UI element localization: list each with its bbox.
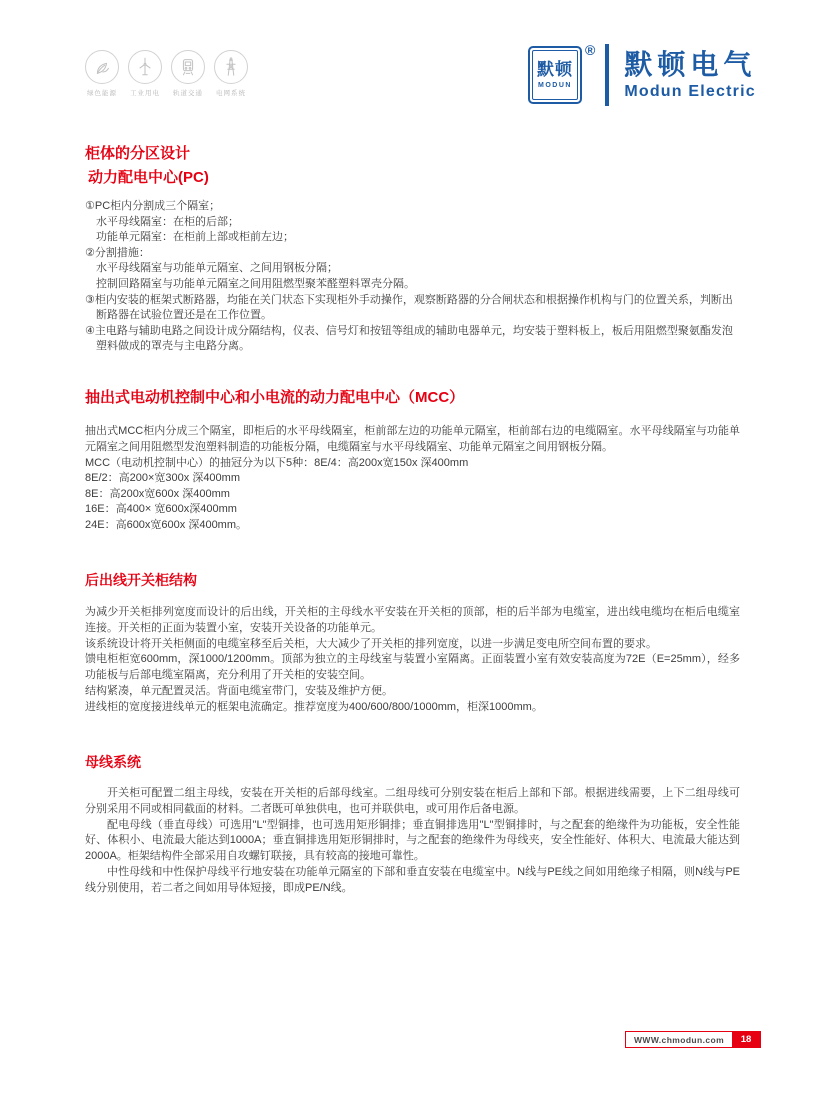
- category-rail-transit: 轨道交通: [170, 50, 206, 97]
- brand-name-cn: 默顿电气: [624, 49, 756, 81]
- section-mcc: 抽出式电动机控制中心和小电流的动力配电中心（MCC） 抽出式MCC柜内分成三个隔…: [85, 386, 740, 534]
- catalog-page: 绿色能源 工业用电 轨道交通 电网系统 默顿 MODUN: [0, 0, 818, 1101]
- body-paragraph: 为减少开关柜排列宽度而设计的后出线，开关柜的主母线水平安装在开关柜的顶部，柜的后…: [85, 605, 740, 637]
- body-line: 水平母线隔室：在柜的后部；: [85, 215, 740, 231]
- spec-line: 8E/2：高200×宽300x 深400mm: [85, 471, 740, 487]
- logo-divider: [605, 44, 609, 106]
- spec-line: MCC（电动机控制中心）的抽冠分为以下5种：8E/4：高200x宽150x 深4…: [85, 456, 740, 472]
- section-heading: 后出线开关柜结构: [85, 568, 740, 592]
- body-line: 塑料做成的罩壳与主电路分离。: [85, 339, 740, 355]
- footer-page-number: 18: [732, 1032, 760, 1047]
- section-rear-outlet: 后出线开关柜结构 为减少开关柜排列宽度而设计的后出线，开关柜的主母线水平安装在开…: [85, 568, 740, 716]
- seal-en-text: MODUN: [538, 82, 572, 89]
- body-line: 功能单元隔室：在柜前上部或柜前左边；: [85, 230, 740, 246]
- section-body: 开关柜可配置二组主母线，安装在开关柜的后部母线室。二组母线可分别安装在柜后上部和…: [85, 786, 740, 897]
- modun-seal-logo: 默顿 MODUN: [528, 46, 582, 104]
- section-body: 抽出式MCC柜内分成三个隔室，即柜后的水平母线隔室，柜前部左边的功能单元隔室，柜…: [85, 424, 740, 534]
- body-line: 水平母线隔室与功能单元隔室、之间用钢板分隔；: [85, 261, 740, 277]
- spec-line: 16E：高400× 宽600x深400mm: [85, 502, 740, 518]
- brand-name-en: Modun Electric: [624, 83, 756, 101]
- body-paragraph: 结构紧凑，单元配置灵活。背面电缆室带门，安装及维护方便。: [85, 684, 740, 700]
- leaf-icon: [85, 50, 119, 84]
- body-line: ③柜内安装的框架式断路器，均能在关门状态下实现柜外手动操作，观察断路器的分合闸状…: [85, 293, 740, 309]
- section-body: 为减少开关柜排列宽度而设计的后出线，开关柜的主母线水平安装在开关柜的顶部，柜的后…: [85, 605, 740, 716]
- body-paragraph: 中性母线和中性保护母线平行地安装在功能单元隔室的下部和垂直安装在电缆室中。N线与…: [85, 865, 740, 897]
- category-label: 轨道交通: [170, 88, 206, 97]
- seal-cn-text: 默顿: [537, 61, 573, 78]
- body-paragraph: 开关柜可配置二组主母线，安装在开关柜的后部母线室。二组母线可分别安装在柜后上部和…: [85, 786, 740, 818]
- body-paragraph: 进线柜的宽度接进线单元的框架电流确定。推荐宽度为400/600/800/1000…: [85, 700, 740, 716]
- category-green-energy: 绿色能源: [84, 50, 120, 97]
- wind-turbine-icon: [128, 50, 162, 84]
- category-label: 工业用电: [127, 88, 163, 97]
- body-line: 断路器在试验位置还是在工作位置。: [85, 308, 740, 324]
- body-line: ④主电路与辅助电路之间设计成分隔结构，仪表、信号灯和按钮等组成的辅助电器单元，均…: [85, 324, 740, 340]
- section-partition-design: 柜体的分区设计 动力配电中心(PC) ①PC柜内分割成三个隔室； 水平母线隔室：…: [85, 142, 740, 355]
- section-subheading: 动力配电中心(PC): [85, 166, 740, 190]
- spec-line: 24E：高600x宽600x 深400mm。: [85, 518, 740, 534]
- train-icon: [171, 50, 205, 84]
- brand-logo: 默顿 MODUN ® 默顿电气 Modun Electric: [528, 44, 756, 106]
- section-heading: 柜体的分区设计: [85, 142, 740, 166]
- registered-trademark-mark: ®: [585, 42, 595, 58]
- power-tower-icon: [214, 50, 248, 84]
- spec-line: 8E：高200x宽600x 深400mm: [85, 487, 740, 503]
- section-busbar-system: 母线系统 开关柜可配置二组主母线，安装在开关柜的后部母线室。二组母线可分别安装在…: [85, 750, 740, 897]
- section-body: ①PC柜内分割成三个隔室； 水平母线隔室：在柜的后部； 功能单元隔室：在柜前上部…: [85, 199, 740, 355]
- body-paragraph: 馈电柜柜宽600mm，深1000/1200mm。顶部为独立的主母线室与装置小室隔…: [85, 652, 740, 684]
- page-footer: WWW.chmodun.com 18: [625, 1031, 761, 1048]
- section-heading: 母线系统: [85, 750, 740, 774]
- category-label: 电网系统: [213, 88, 249, 97]
- section-heading: 抽出式电动机控制中心和小电流的动力配电中心（MCC）: [85, 386, 740, 410]
- footer-website: WWW.chmodun.com: [626, 1032, 732, 1047]
- category-industrial-power: 工业用电: [127, 50, 163, 97]
- body-paragraph: 抽出式MCC柜内分成三个隔室，即柜后的水平母线隔室，柜前部左边的功能单元隔室，柜…: [85, 424, 740, 456]
- body-paragraph: 配电母线（垂直母线）可选用"L"型铜排，也可选用矩形铜排；垂直铜排选用"L"型铜…: [85, 818, 740, 865]
- body-paragraph: 该系统设计将开关柜侧面的电缆室移至后关柜，大大减少了开关柜的排列宽度，以进一步满…: [85, 637, 740, 653]
- seal-inner-frame: 默顿 MODUN: [532, 50, 578, 100]
- body-line: 控制回路隔室与功能单元隔室之间用阻燃型聚苯醛塑料罩壳分隔。: [85, 277, 740, 293]
- category-power-grid: 电网系统: [213, 50, 249, 97]
- brand-name-block: 默顿电气 Modun Electric: [624, 49, 756, 101]
- body-line: ②分割措施：: [85, 246, 740, 262]
- body-line: ①PC柜内分割成三个隔室；: [85, 199, 740, 215]
- category-label: 绿色能源: [84, 88, 120, 97]
- category-icons: 绿色能源 工业用电 轨道交通 电网系统: [84, 50, 249, 97]
